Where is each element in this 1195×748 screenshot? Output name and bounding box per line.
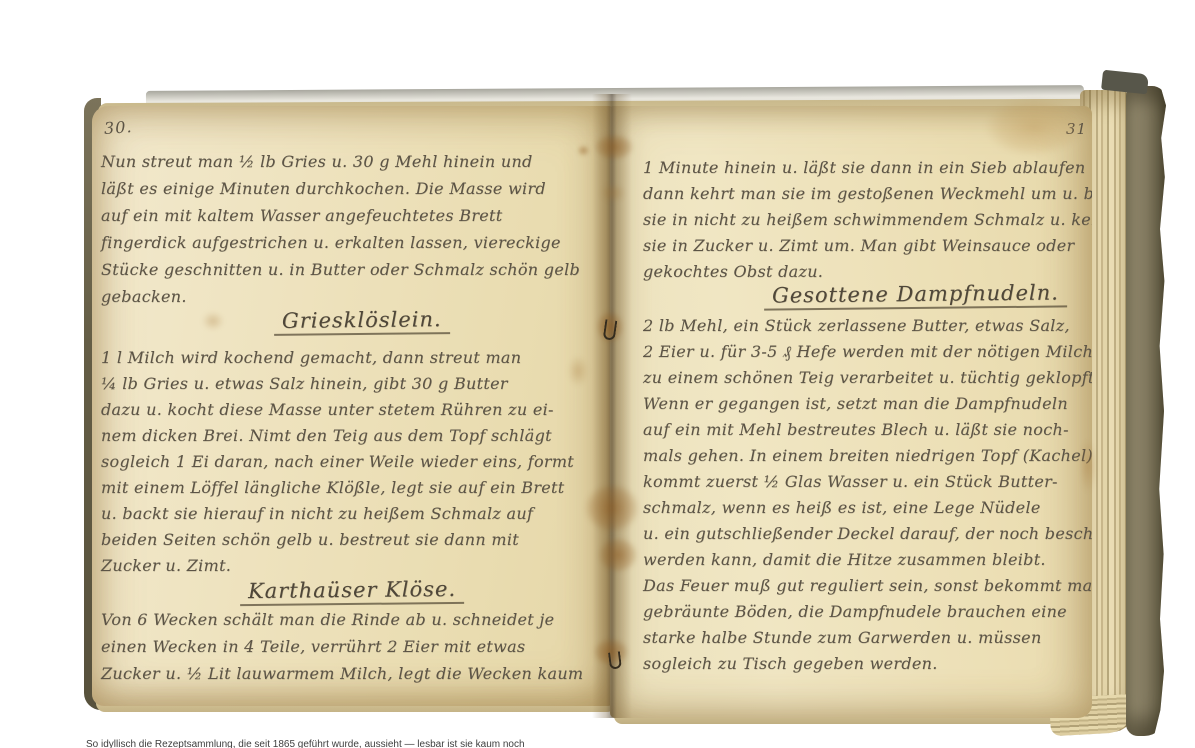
recipe-heading-wrap: Karthaüser Klöse. <box>132 578 572 605</box>
manuscript-line: auf ein mit Mehl bestreutes Blech u. läß… <box>643 418 1092 444</box>
manuscript-line: werden kann, damit die Hitze zusammen bl… <box>643 548 1092 574</box>
recipe-heading-dampfnudeln: Gesottene Dampfnudeln. <box>763 280 1066 310</box>
manuscript-line: schmalz, wenn es heiß es ist, eine Lege … <box>643 496 1092 522</box>
manuscript-line: mit einem Löffel längliche Klößle, legt … <box>101 476 574 502</box>
manuscript-line: sogleich 1 Ei daran, nach einer Weile wi… <box>101 450 574 476</box>
recipe-paragraph: 1 l Milch wird kochend gemacht, dann str… <box>101 346 574 580</box>
manuscript-line: läßt es einige Minuten durchkochen. Die … <box>101 177 580 204</box>
manuscript-line: u. backt sie hierauf in nicht zu heißem … <box>101 502 574 528</box>
manuscript-line: ¼ lb Gries u. etwas Salz hinein, gibt 30… <box>101 372 574 398</box>
right-page: 31 1 Minute hinein u. läßt sie dann in e… <box>610 106 1092 718</box>
manuscript-line: kommt zuerst ½ Glas Wasser u. ein Stück … <box>643 470 1092 496</box>
recipe-paragraph: Von 6 Wecken schält man die Rinde ab u. … <box>101 608 583 689</box>
manuscript-line: dann kehrt man sie im gestoßenen Weckmeh… <box>643 182 1092 208</box>
manuscript-line: dazu u. kocht diese Masse unter stetem R… <box>101 398 574 424</box>
recipe-paragraph: 2 lb Mehl, ein Stück zerlassene Butter, … <box>643 314 1092 678</box>
manuscript-line: gebräunte Böden, die Dampfnudele brauche… <box>643 600 1092 626</box>
manuscript-line: zu einem schönen Teig verarbeitet u. tüc… <box>643 366 1092 392</box>
manuscript-line: Wenn er gegangen ist, setzt man die Damp… <box>643 392 1092 418</box>
photo-stage: 30. Nun streut man ½ lb Gries u. 30 g Me… <box>0 0 1195 748</box>
recipe-paragraph: Nun streut man ½ lb Gries u. 30 g Mehl h… <box>101 150 580 312</box>
book-cover-right-edge <box>1126 86 1166 736</box>
manuscript-line: 1 l Milch wird kochend gemacht, dann str… <box>101 346 574 372</box>
page-number-right: 31 <box>1066 120 1087 138</box>
manuscript-line: nem dicken Brei. Nimt den Teig aus dem T… <box>101 424 574 450</box>
manuscript-line: Zucker u. ½ Lit lauwarmem Milch, legt di… <box>101 662 583 689</box>
manuscript-line: einen Wecken in 4 Teile, verrührt 2 Eier… <box>101 635 583 662</box>
recipe-heading-wrap: Griesklöslein. <box>142 308 582 335</box>
manuscript-line: Zucker u. Zimt. <box>101 554 574 580</box>
photo-caption: So idyllisch die Rezeptsammlung, die sei… <box>86 739 786 748</box>
manuscript-line: Von 6 Wecken schält man die Rinde ab u. … <box>101 608 583 635</box>
recipe-heading-karthaeuser-kloese: Karthaüser Klöse. <box>240 577 464 606</box>
recipe-heading-wrap: Gesottene Dampfnudeln. <box>705 282 1092 309</box>
recipe-heading-grieskloeslein: Griesklöslein. <box>274 307 450 336</box>
manuscript-line: sie in nicht zu heißem schwimmendem Schm… <box>643 208 1092 234</box>
manuscript-line: 1 Minute hinein u. läßt sie dann in ein … <box>643 156 1092 182</box>
left-page: 30. Nun streut man ½ lb Gries u. 30 g Me… <box>92 106 612 706</box>
page-number-left: 30. <box>103 117 133 138</box>
manuscript-line: Nun streut man ½ lb Gries u. 30 g Mehl h… <box>101 150 580 177</box>
manuscript-line: u. ein gutschließender Deckel darauf, de… <box>643 522 1092 548</box>
manuscript-line: mals gehen. In einem breiten niedrigen T… <box>643 444 1092 470</box>
manuscript-line: starke halbe Stunde zum Garwerden u. müs… <box>643 626 1092 652</box>
manuscript-line: 2 Eier u. für 3-5 ₰ Hefe werden mit der … <box>643 340 1092 366</box>
manuscript-line: auf ein mit kaltem Wasser angefeuchtetes… <box>101 204 580 231</box>
manuscript-line: Stücke geschnitten u. in Butter oder Sch… <box>101 258 580 285</box>
manuscript-line: Das Feuer muß gut reguliert sein, sonst … <box>643 574 1092 600</box>
manuscript-line: sogleich zu Tisch gegeben werden. <box>643 652 1092 678</box>
manuscript-line: beiden Seiten schön gelb u. bestreut sie… <box>101 528 574 554</box>
manuscript-line: sie in Zucker u. Zimt um. Man gibt Weins… <box>643 234 1092 260</box>
manuscript-line: fingerdick aufgestrichen u. erkalten las… <box>101 231 580 258</box>
manuscript-line: 2 lb Mehl, ein Stück zerlassene Butter, … <box>643 314 1092 340</box>
recipe-paragraph: 1 Minute hinein u. läßt sie dann in ein … <box>643 156 1092 286</box>
